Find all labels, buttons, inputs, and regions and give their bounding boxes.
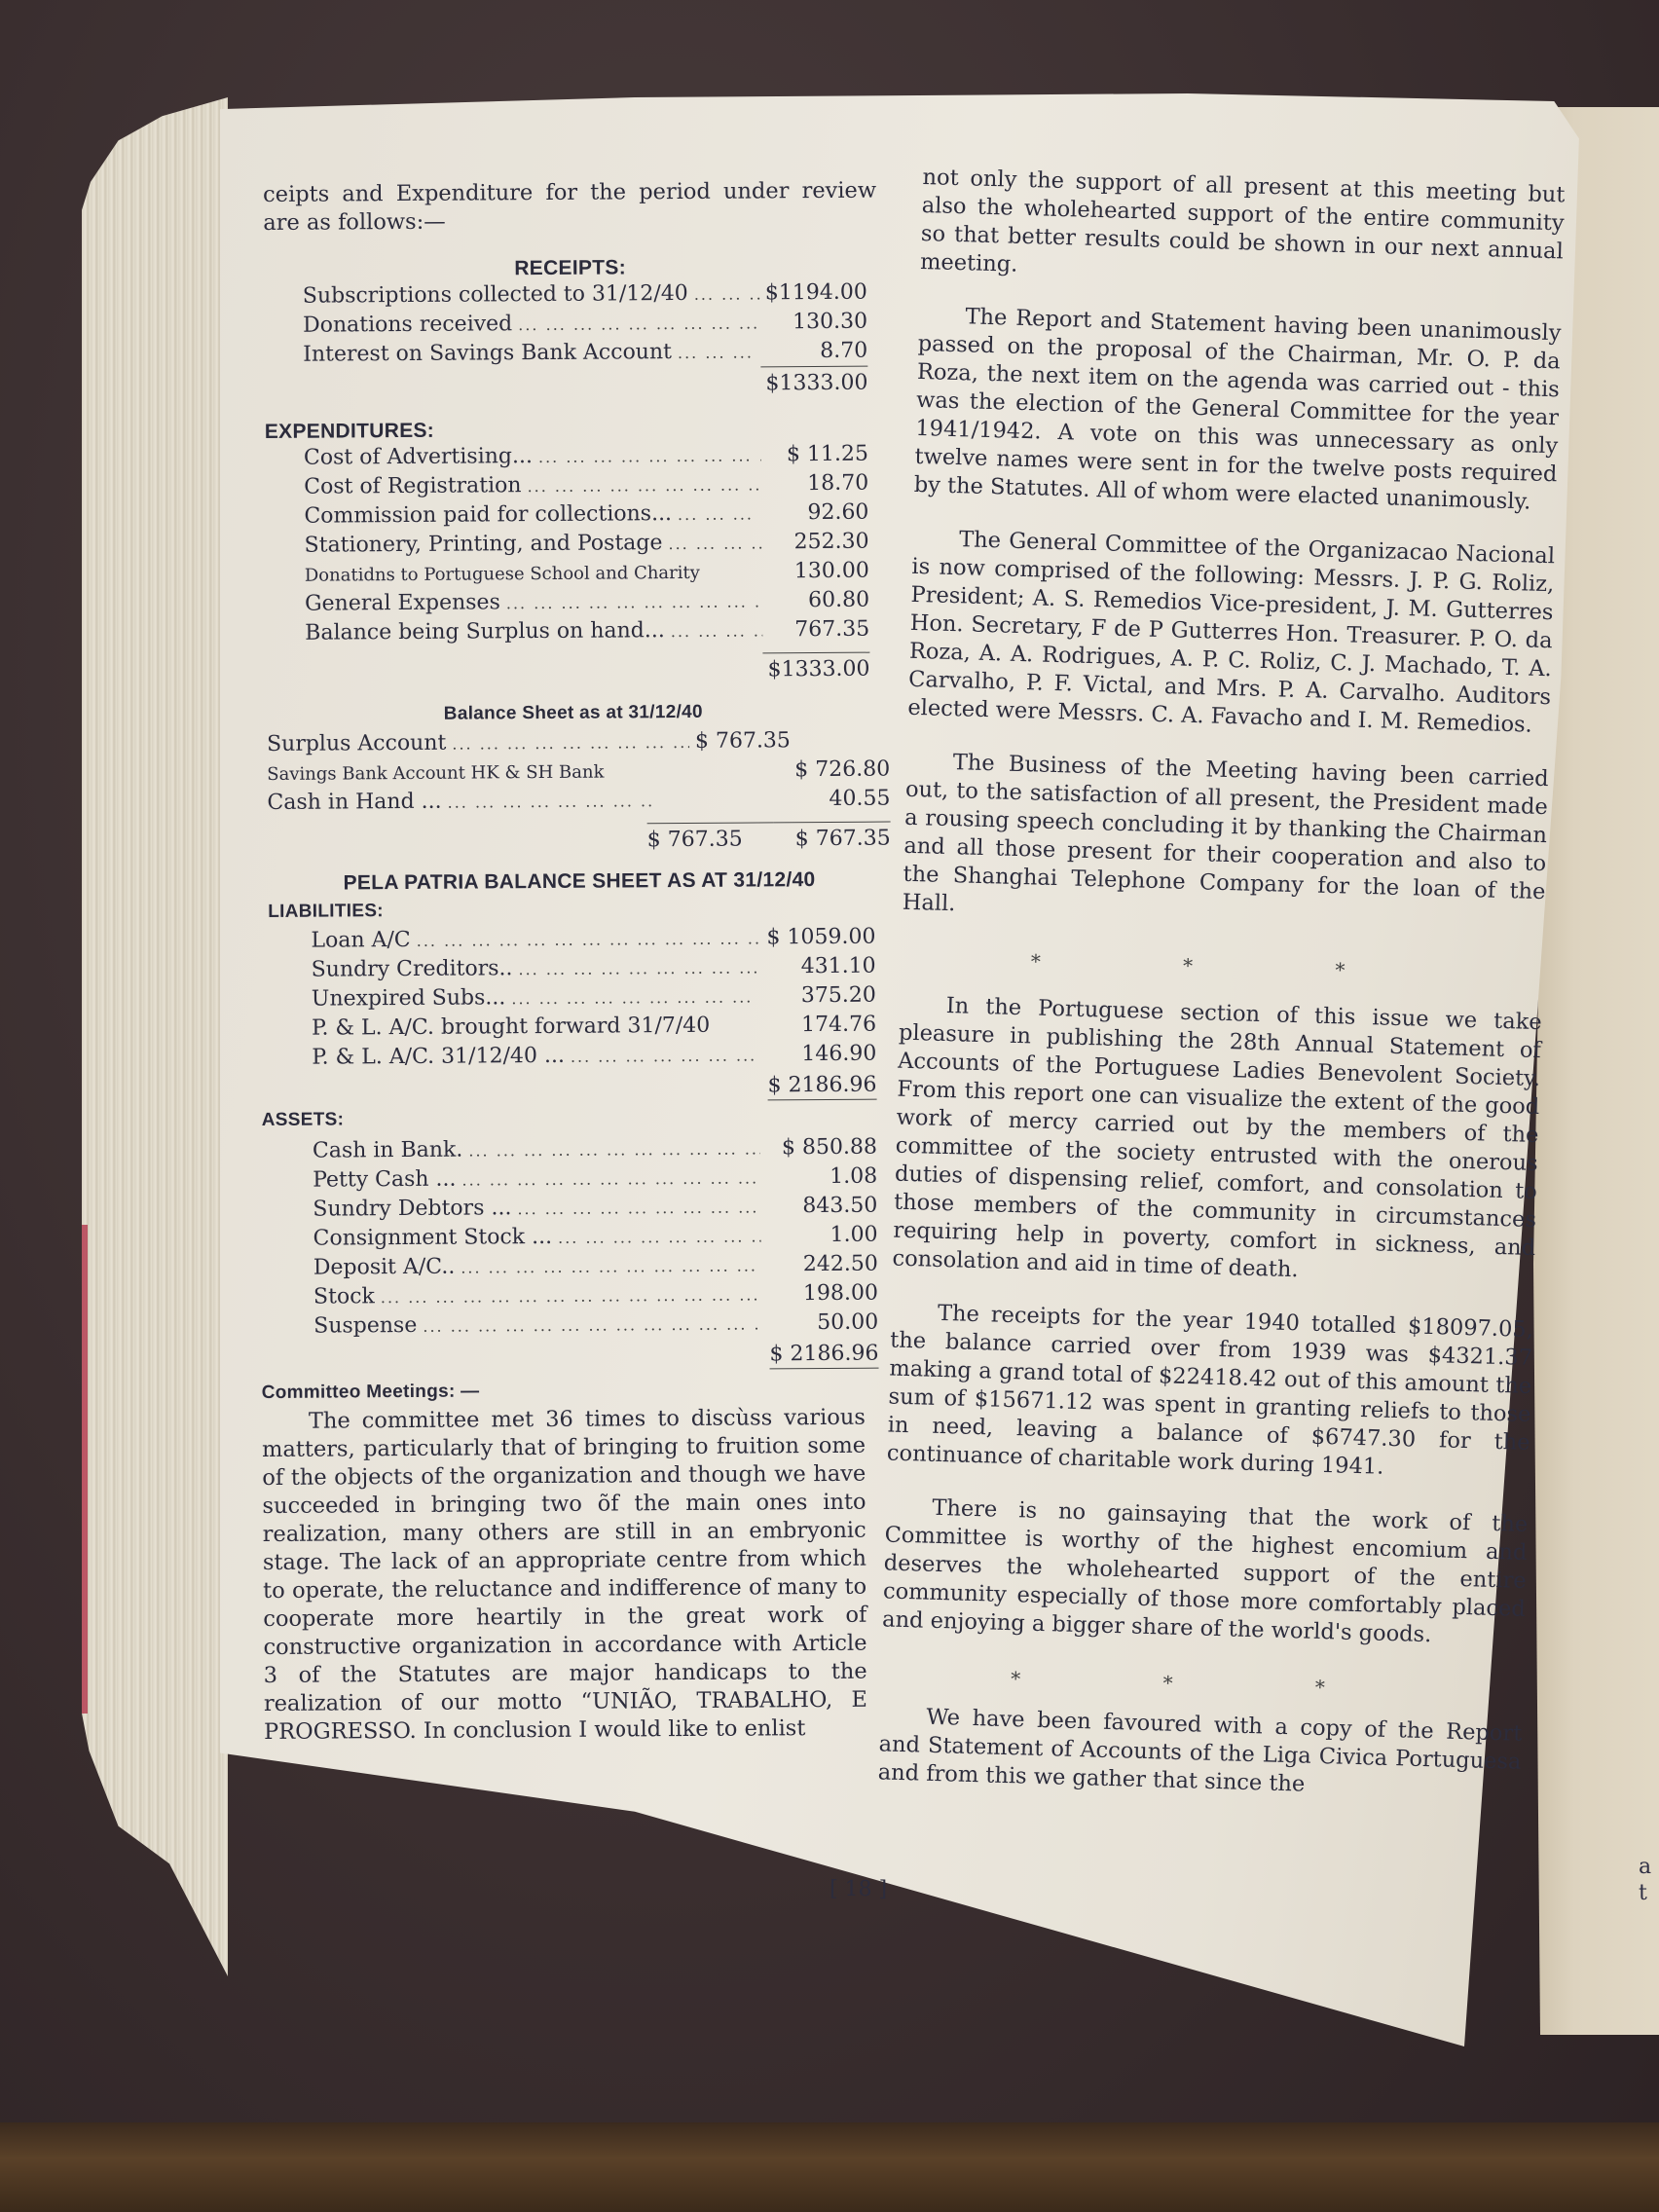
- table-row: Subscriptions collected to 31/12/40$1194…: [303, 278, 867, 312]
- table-row: General Expenses60.80: [305, 586, 869, 619]
- table-row: Consignment Stock ...1.00: [313, 1221, 877, 1254]
- page-number: [ 18 ]: [829, 1877, 887, 1902]
- right-column: not only the support of all present at t…: [877, 164, 1565, 1805]
- expenditures-table: Cost of Advertising...$ 11.25 Cost of Re…: [304, 440, 870, 687]
- paragraph: The Report and Statement having been una…: [913, 302, 1561, 517]
- table-row: Sundry Creditors..431.10: [312, 952, 876, 985]
- table-row: Cash in Bank.$ 850.88: [313, 1133, 877, 1166]
- intro-text: ceipts and Expenditure for the period un…: [263, 177, 876, 238]
- pela-patria-heading: PELA PATRIA BALANCE SHEET AS AT 31/12/40: [268, 868, 891, 896]
- paragraph: We have been favoured with a copy of the…: [877, 1702, 1522, 1804]
- table-row: Sundry Debtors ...843.50: [313, 1192, 877, 1225]
- paragraph: The Business of the Meeting having been …: [902, 748, 1549, 935]
- table-row: Donations received130.30: [303, 308, 867, 341]
- table-row: Suspense50.00: [313, 1309, 878, 1342]
- red-page-edge: [82, 1225, 88, 1714]
- liabilities-total: $ 2186.96: [312, 1069, 876, 1104]
- table-row: Surplus Account$ 767.35: [267, 726, 890, 759]
- table-row: Cost of Advertising...$ 11.25: [304, 440, 868, 473]
- table-row: P. & L. A/C. 31/12/40 ...146.90: [312, 1040, 876, 1073]
- table-row: Stock198.00: [313, 1279, 878, 1312]
- table-row: Interest on Savings Bank Account8.70: [303, 337, 867, 370]
- table-row: Cash in Hand ...40.55: [267, 785, 890, 818]
- balance-sheet-heading: Balance Sheet as at 31/12/40: [267, 701, 880, 726]
- balance-sheet-totals: $ 767.35 $ 767.35: [268, 822, 891, 857]
- table-row: Savings Bank Account HK & SH Bank$ 726.8…: [267, 756, 890, 789]
- paragraph: The General Committee of the Organizacao…: [907, 525, 1555, 740]
- table-row: Cost of Registration18.70: [304, 469, 868, 502]
- committee-meetings-text: The committee met 36 times to discùss va…: [262, 1404, 867, 1747]
- book-page-stack: [82, 97, 228, 1976]
- left-column: ceipts and Expenditure for the period un…: [263, 176, 916, 1747]
- paragraph: The receipts for the year 1940 totalled …: [887, 1299, 1534, 1486]
- assets-table: Cash in Bank.$ 850.88 Petty Cash ...1.08…: [313, 1133, 879, 1373]
- facing-page-fragment: t: [1639, 1881, 1647, 1905]
- table-row: Unexpired Subs...375.20: [312, 981, 876, 1014]
- table-row: Petty Cash ...1.08: [313, 1162, 877, 1196]
- table-row: Commission paid for collections...92.60: [304, 498, 868, 532]
- paragraph: There is no gainsaying that the work of …: [882, 1493, 1529, 1651]
- receipts-table: Subscriptions collected to 31/12/40$1194…: [303, 278, 868, 401]
- table-row: P. & L. A/C. brought forward 31/7/40174.…: [312, 1011, 876, 1044]
- committee-meetings-heading: Committeo Meetings: —: [262, 1378, 914, 1404]
- assets-heading: ASSETS:: [262, 1105, 912, 1131]
- table-row: Stationery, Printing, and Postage252.30: [305, 528, 869, 561]
- table-row: Donatidns to Portuguese School and Chari…: [305, 557, 869, 590]
- paragraph: not only the support of all present at t…: [920, 164, 1566, 294]
- expenditures-total: $1333.00: [305, 652, 869, 687]
- receipts-total: $1333.00: [303, 366, 867, 401]
- liabilities-heading: LIABILITIES:: [268, 897, 910, 923]
- facing-page-fragment: a: [1639, 1855, 1651, 1879]
- assets-total: $ 2186.96: [313, 1338, 878, 1373]
- paragraph: In the Portuguese section of this issue …: [892, 991, 1542, 1291]
- table-row: Loan A/C$ 1059.00: [311, 923, 875, 956]
- table-row: Balance being Surplus on hand...767.35: [305, 615, 869, 648]
- table-row: Deposit A/C..242.50: [313, 1250, 878, 1283]
- liabilities-table: Loan A/C$ 1059.00 Sundry Creditors..431.…: [311, 923, 876, 1104]
- table-surface: [0, 2122, 1659, 2212]
- balance-sheet-table: Surplus Account$ 767.35 Savings Bank Acc…: [267, 726, 891, 857]
